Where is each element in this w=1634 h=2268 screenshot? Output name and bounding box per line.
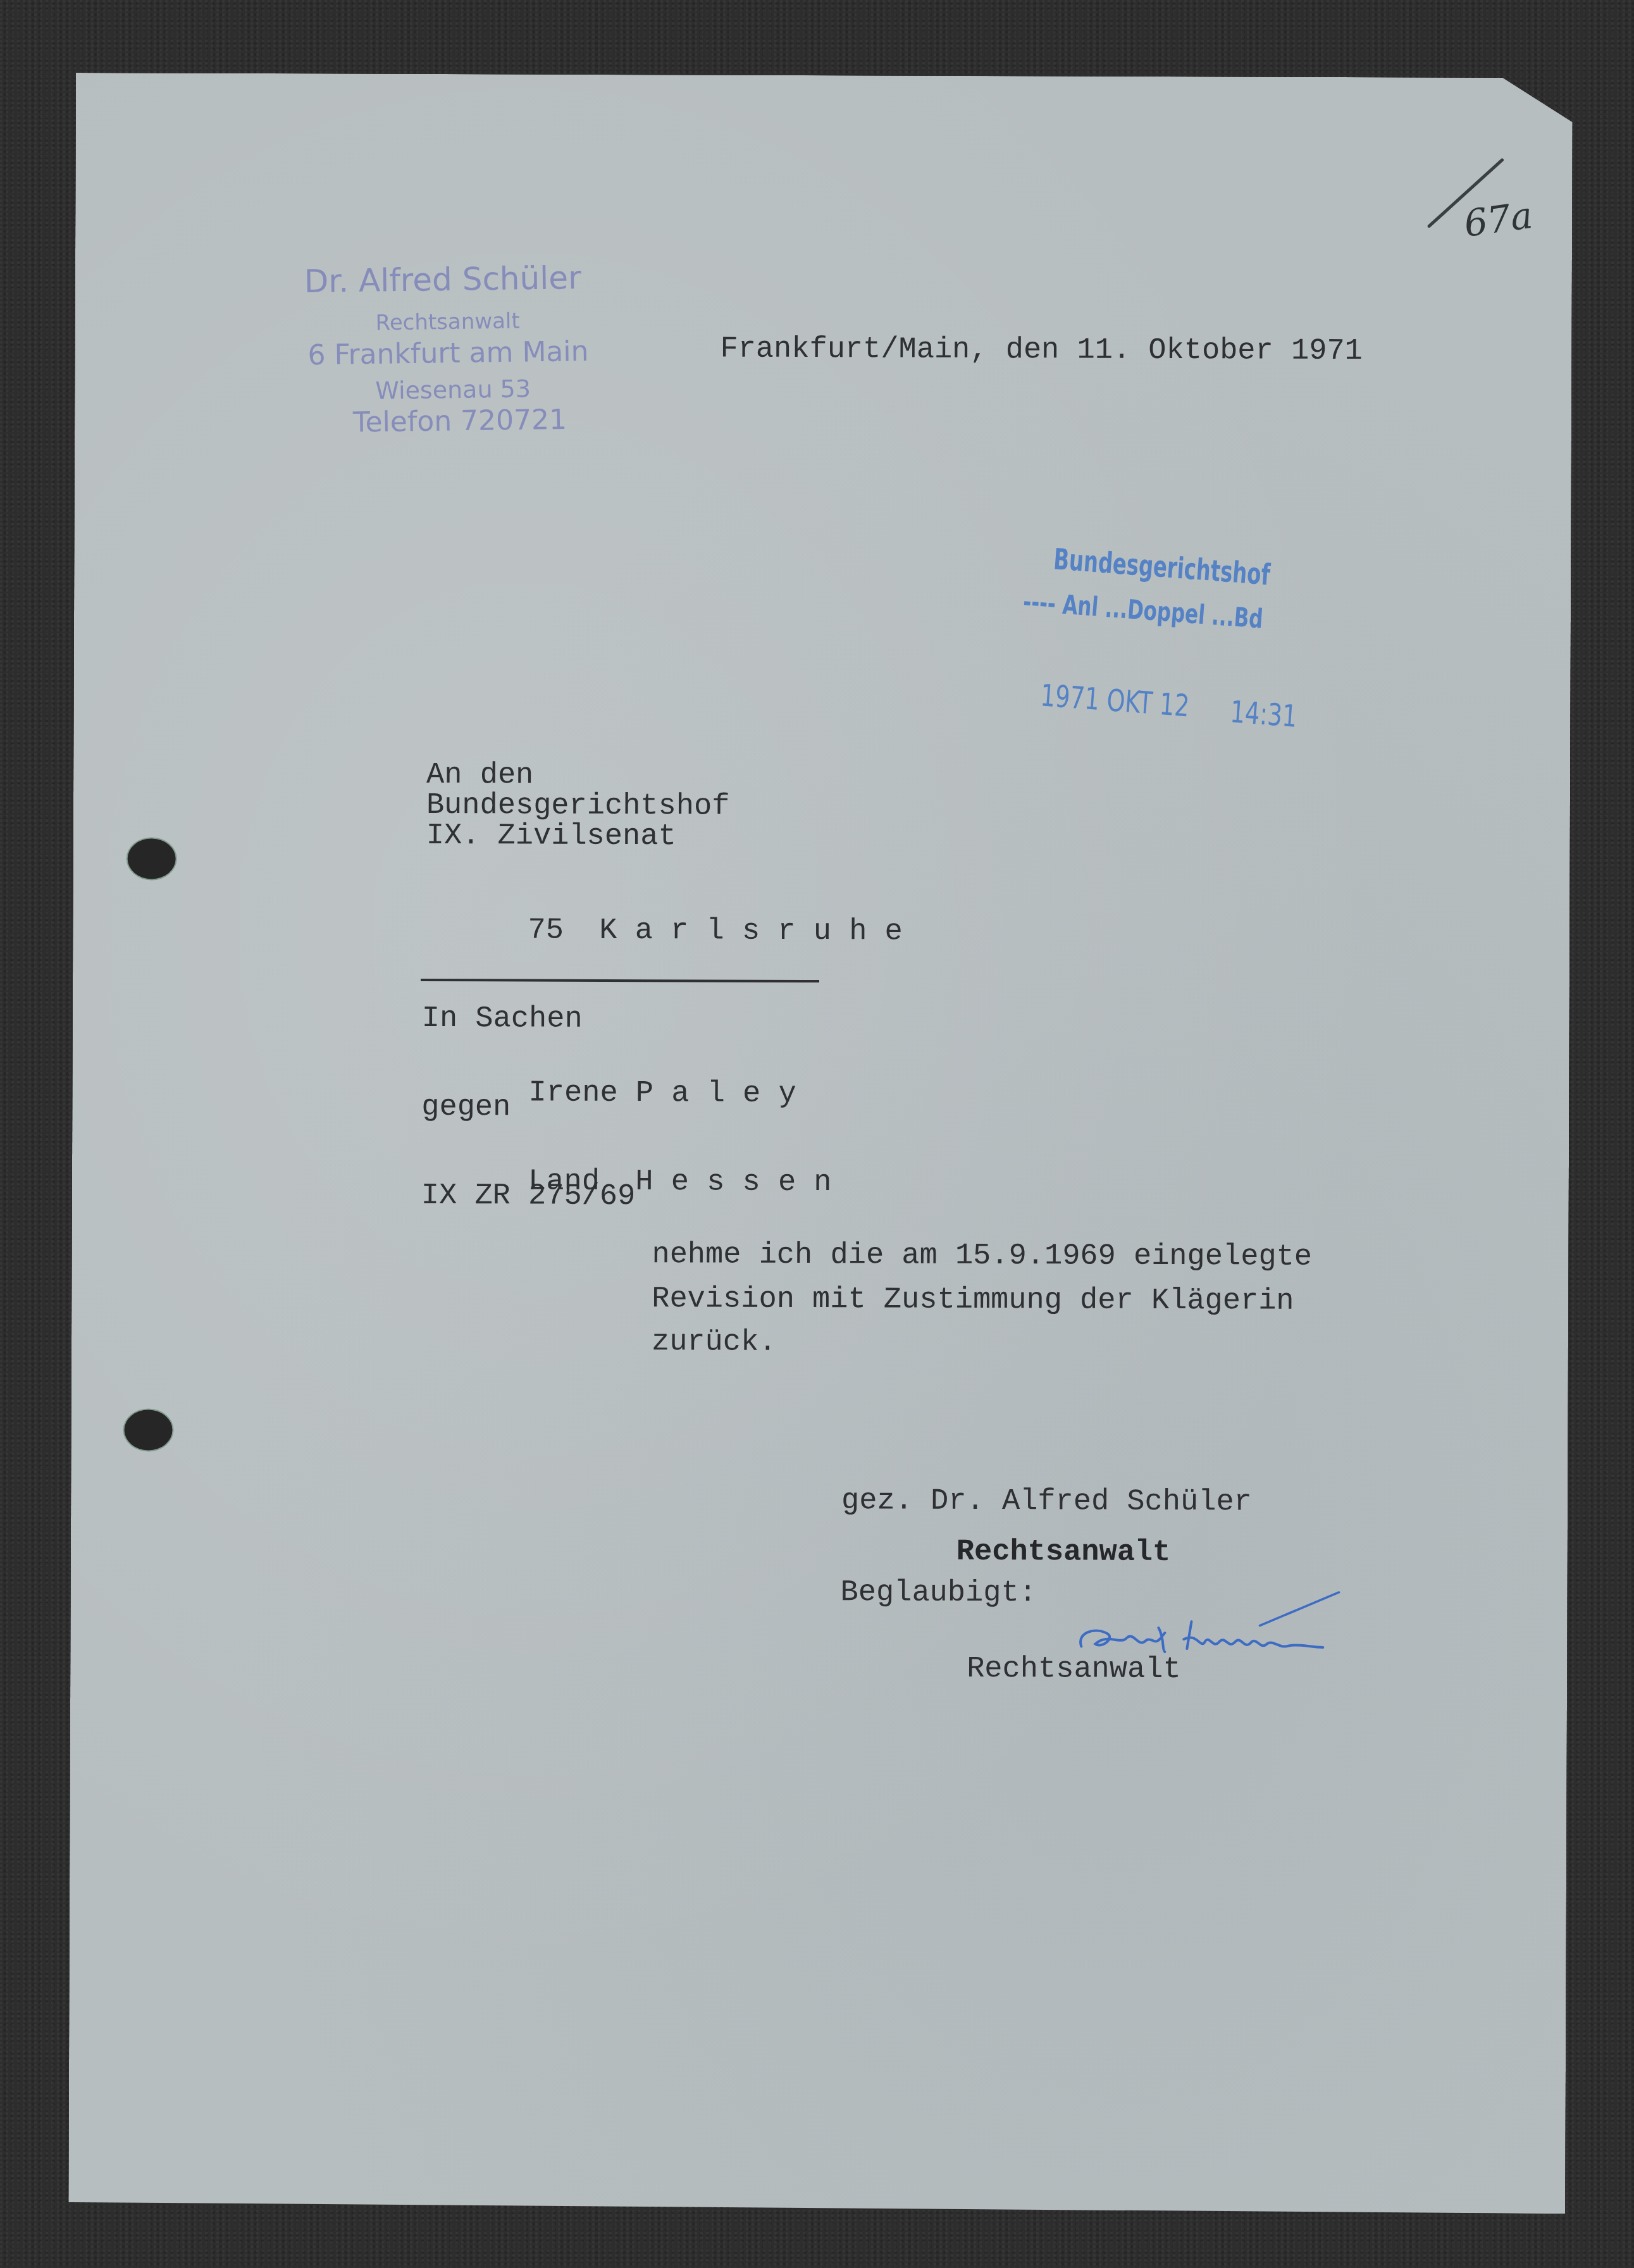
received-stamp-date: 1971 OKT 12 [1039,680,1190,721]
date-line: Frankfurt/Main, den 11. Oktober 1971 [720,335,1363,367]
sender-stamp-city: 6 Frankfurt am Main [307,338,589,369]
recipient-line-1: An den [426,760,533,791]
recipient-block: An den Bundesgerichtshof IX. Zivilsenat … [76,73,1573,78]
sender-stamp-street: Wiesenau 53 [375,376,531,402]
recipient-city-name: Karlsruhe [599,914,920,949]
body-line-2: Revision mit Zustimmung der Klägerin [652,1284,1294,1317]
body-text: nehme ich die am 15.9.1969 eingelegte Re… [76,73,1573,78]
sender-stamp-title: Rechtsanwalt [375,310,520,333]
sender-stamp: Dr. Alfred Schüler Rechtsanwalt 6 Frankf… [76,73,1573,78]
recipient-line-3: IX. Zivilsenat [426,821,676,852]
case-block: In Sachen Irene Paley gegen Land Hessen … [76,73,1573,78]
certified-label: Beglaubigt: [841,1578,1037,1608]
recipient-postcode: 75 [528,914,564,948]
received-stamp-court: Bundesgerichtshof [1053,544,1271,589]
signature-block: gez. Dr. Alfred Schüler Rechtsanwalt Beg… [76,73,1573,78]
received-stamp: Bundesgerichtshof ---- Anl ...Doppel ...… [76,73,1573,78]
recipient-city: 75 Karlsruhe [421,886,820,982]
certifier-title: Rechtsanwalt [967,1654,1181,1685]
punch-hole-bottom [124,1410,172,1450]
signer-title: Rechtsanwalt [956,1537,1171,1568]
plaintiff-first-name: Irene [529,1077,618,1110]
defendant-name: Hessen [635,1165,850,1199]
case-intro: In Sachen [422,1004,583,1034]
body-line-3: zurück. [652,1327,777,1358]
case-versus: gegen [421,1093,511,1122]
document-page: 67a Dr. Alfred Schüler Rechtsanwalt 6 Fr… [68,73,1573,2214]
received-stamp-fields: ---- Anl ...Doppel ...Bd [1022,588,1264,633]
sender-stamp-name: Dr. Alfred Schüler [304,262,581,297]
folio-number: 67a [1462,197,1535,242]
sender-stamp-phone: Telefon 720721 [353,406,567,437]
handwritten-signature-icon [1070,1589,1367,1659]
received-stamp-time: 14:31 [1229,697,1298,732]
body-line-1: nehme ich die am 15.9.1969 eingelegte [652,1240,1312,1272]
case-file-number: IX ZR 275/69 [421,1181,636,1211]
punch-hole-top [128,838,176,879]
signed-by: gez. Dr. Alfred Schüler [841,1486,1252,1517]
plaintiff-last-name: Paley [636,1077,814,1111]
recipient-line-2: Bundesgerichtshof [426,791,730,822]
